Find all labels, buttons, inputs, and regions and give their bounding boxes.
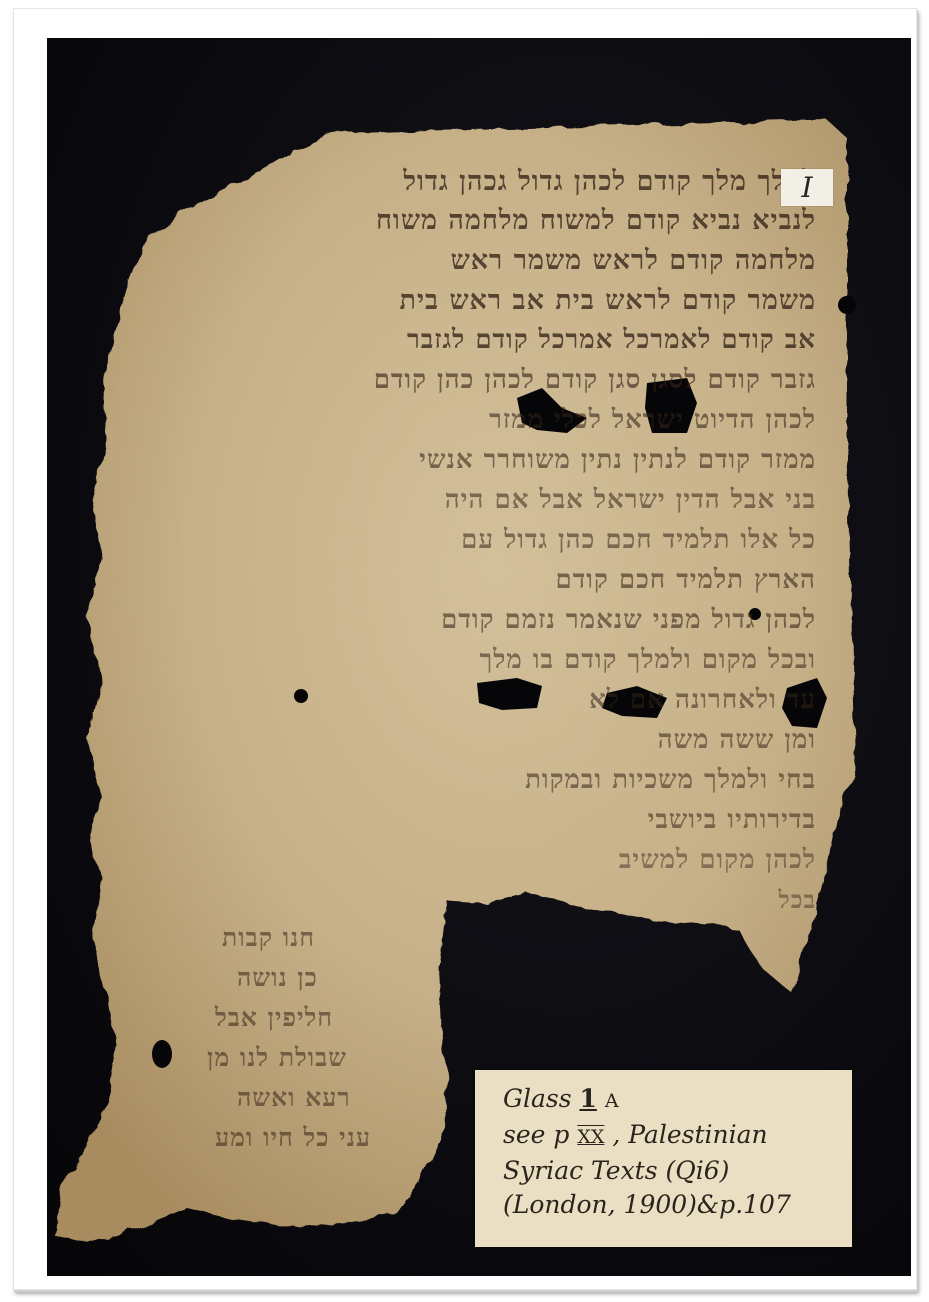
hebrew-line: לכהן מקום למשיב	[619, 845, 816, 875]
hebrew-line: רעא ואשה	[237, 1083, 351, 1113]
photo-frame: למלך מלך קודם לכהן גדול גכהן גדול לנביא …	[13, 8, 917, 1290]
hebrew-line: לנביא נביא קודם למשוח מלחמה משוח	[376, 205, 816, 236]
black-mounting-board: למלך מלך קודם לכהן גדול גכהן גדול לנביא …	[47, 38, 911, 1276]
hebrew-line: גזבר קודם לסגן סגן קודם לכהן כהן קודם	[374, 365, 816, 395]
hebrew-line: בכל	[778, 885, 816, 915]
hebrew-line: לכהן גדול מפני שנאמר נזמם קודם	[441, 605, 816, 635]
hebrew-line: אב קודם לאמרכל אמרכל קודם לגזבר	[407, 325, 816, 355]
hebrew-line: ממזר קודם לנתין נתין משוחרר אנשי	[419, 445, 816, 475]
hebrew-line: לכהן הדיוט ישראל לכלי ממזר	[489, 405, 816, 435]
hebrew-line: שבולת לנו מן	[207, 1043, 347, 1073]
hebrew-line: כל אלו תלמיד חכם כהן גדול עם	[461, 525, 816, 555]
hebrew-line: עני כל חיו ומע	[215, 1123, 371, 1153]
label-line-2: see p XX , Palestinian	[503, 1118, 852, 1154]
hebrew-line: משמר קודם לראש בית אב ראש בית	[399, 285, 816, 316]
hebrew-line: כן נושה	[237, 963, 318, 993]
folio-number-tag: I	[781, 169, 833, 206]
hebrew-line: חנו קבות	[222, 923, 315, 953]
label-line-1: Glass 1 A	[503, 1082, 852, 1118]
hebrew-line: ומן ששה משה	[658, 725, 816, 755]
hebrew-line: הארץ תלמיד חכם קודם	[556, 565, 817, 595]
catalog-label: Glass 1 A see p XX , Palestinian Syriac …	[475, 1070, 852, 1247]
hebrew-line: מלחמה קודם לראש משמר ראש	[451, 245, 816, 276]
hebrew-line: בחי ולמלך משכיות ובמקות	[525, 765, 816, 795]
folio-number: I	[801, 171, 812, 204]
label-line-3: Syriac Texts (Qi6)	[503, 1154, 852, 1188]
label-line-4: (London, 1900)&p.107	[503, 1188, 852, 1222]
hebrew-line: ובכל מקום ולמלך קודם בו מלך	[480, 645, 817, 675]
hebrew-line: בדירותיו ביושבי	[648, 805, 816, 835]
hebrew-line: חליפין אבל	[215, 1003, 333, 1033]
hebrew-line: בני אבל הדין ישראל אבל אם היה	[445, 485, 816, 515]
hebrew-line: למלך מלך קודם לכהן גדול גכהן גדול	[403, 166, 816, 197]
hebrew-line: עד ולאחרונה אם לא	[589, 685, 816, 715]
